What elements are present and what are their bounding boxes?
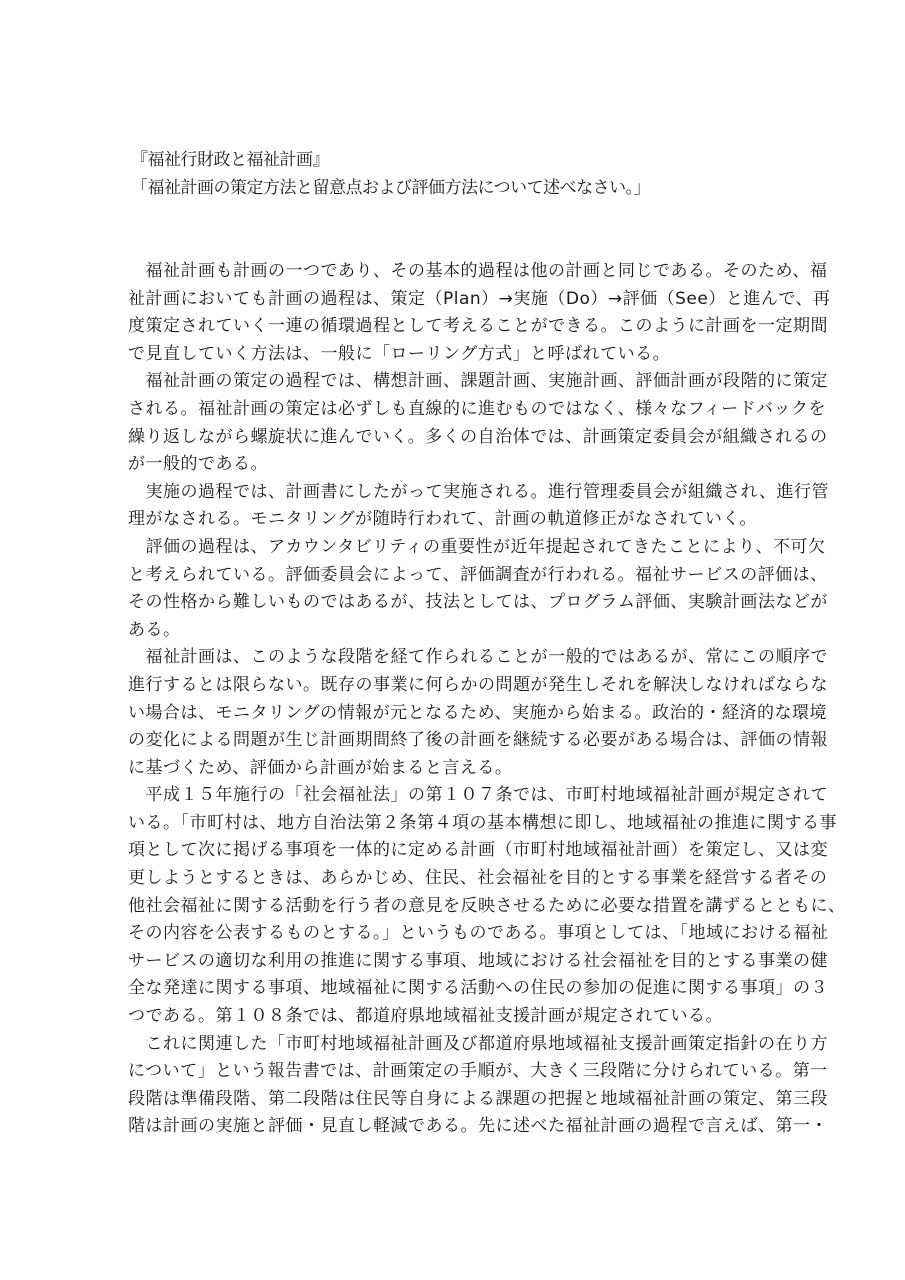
- body-line: 段階は準備段階、第二段階は住民等自身による課題の把握と地域福祉計画の策定、第三段: [128, 1086, 778, 1114]
- body-line: 全な発達に関する事項、地域福祉に関する活動への住民の参加の促進に関する事項」の３: [128, 975, 778, 1003]
- document-header: 『福祉行財政と福祉計画』 「福祉計画の策定方法と留意点および評価方法について述べ…: [131, 147, 791, 202]
- document-page: 『福祉行財政と福祉計画』 「福祉計画の策定方法と留意点および評価方法について述べ…: [0, 0, 905, 1280]
- body-line: 階は計画の実施と評価・見直し軽減である。先に述べた福祉計画の過程で言えば、第一・: [128, 1113, 778, 1141]
- body-line: される。福祉計画の策定は必ずしも直線的に進むものではなく、様々なフィードバックを: [128, 396, 778, 424]
- body-line: サービスの適切な利用の推進に関する事項、地域における社会福祉を目的とする事業の健: [128, 948, 778, 976]
- body-line: 平成１５年施行の「社会福祉法」の第１０７条では、市町村地域福祉計画が規定されて: [128, 782, 778, 810]
- body-line: 福祉計画も計画の一つであり、その基本的過程は他の計画と同じである。そのため、福: [128, 258, 778, 286]
- body-line: 進行するとは限らない。既存の事業に何らかの問題が発生しそれを解決しなければならな: [128, 672, 778, 700]
- body-line: その内容を公表するものとする。」というものである。事項としては、「地域における福…: [128, 920, 778, 948]
- body-line: で見直していく方法は、一般に「ローリング方式」と呼ばれている。: [128, 341, 778, 369]
- essay-question: 「福祉計画の策定方法と留意点および評価方法について述べなさい。」: [131, 175, 791, 203]
- body-line: 項として次に掲げる事項を一体的に定める計画（市町村地域福祉計画）を策定し、又は変: [128, 837, 778, 865]
- body-line: いる。「市町村は、地方自治法第２条第４項の基本構想に即し、地域福祉の推進に関する…: [128, 810, 778, 838]
- body-line: の変化による問題が生じ計画期間終了後の計画を継続する必要がある場合は、評価の情報: [128, 727, 778, 755]
- body-line: 実施の過程では、計画書にしたがって実施される。進行管理委員会が組織され、進行管: [128, 479, 778, 507]
- body-line: 理がなされる。モニタリングが随時行われて、計画の軌道修正がなされていく。: [128, 506, 778, 534]
- body-line: が一般的である。: [128, 451, 778, 479]
- body-line: つである。第１０８条では、都道府県地域福祉支援計画が規定されている。: [128, 1003, 778, 1031]
- body-line: 度策定されていく一連の循環過程として考えることができる。このように計画を一定期間: [128, 313, 778, 341]
- body-line: その性格から難しいものではあるが、技法としては、プログラム評価、実験計画法などが: [128, 589, 778, 617]
- body-line: ある。: [128, 617, 778, 645]
- body-line: 繰り返しながら螺旋状に進んでいく。多くの自治体では、計画策定委員会が組織されるの: [128, 424, 778, 452]
- body-line: 他社会福祉に関する活動を行う者の意見を反映させるために必要な措置を講ずるとともに…: [128, 893, 778, 921]
- body-line: い場合は、モニタリングの情報が元となるため、実施から始まる。政治的・経済的な環境: [128, 700, 778, 728]
- essay-body: 福祉計画も計画の一つであり、その基本的過程は他の計画と同じである。そのため、福 …: [128, 258, 778, 1141]
- body-line: 祉計画においても計画の過程は、策定（Plan）→実施（Do）→評価（See）と進…: [128, 286, 778, 314]
- body-line: 福祉計画の策定の過程では、構想計画、課題計画、実施計画、評価計画が段階的に策定: [128, 368, 778, 396]
- body-line: これに関連した「市町村地域福祉計画及び都道府県地域福祉支援計画策定指針の在り方: [128, 1031, 778, 1059]
- body-line: について」という報告書では、計画策定の手順が、大きく三段階に分けられている。第一: [128, 1058, 778, 1086]
- body-line: 福祉計画は、このような段階を経て作られることが一般的ではあるが、常にこの順序で: [128, 644, 778, 672]
- document-title: 『福祉行財政と福祉計画』: [131, 147, 791, 175]
- body-line: 評価の過程は、アカウンタビリティの重要性が近年提起されてきたことにより、不可欠: [128, 534, 778, 562]
- body-line: と考えられている。評価委員会によって、評価調査が行われる。福祉サービスの評価は、: [128, 562, 778, 590]
- body-line: に基づくため、評価から計画が始まると言える。: [128, 755, 778, 783]
- body-line: 更しようとするときは、あらかじめ、住民、社会福祉を目的とする事業を経営する者その: [128, 865, 778, 893]
